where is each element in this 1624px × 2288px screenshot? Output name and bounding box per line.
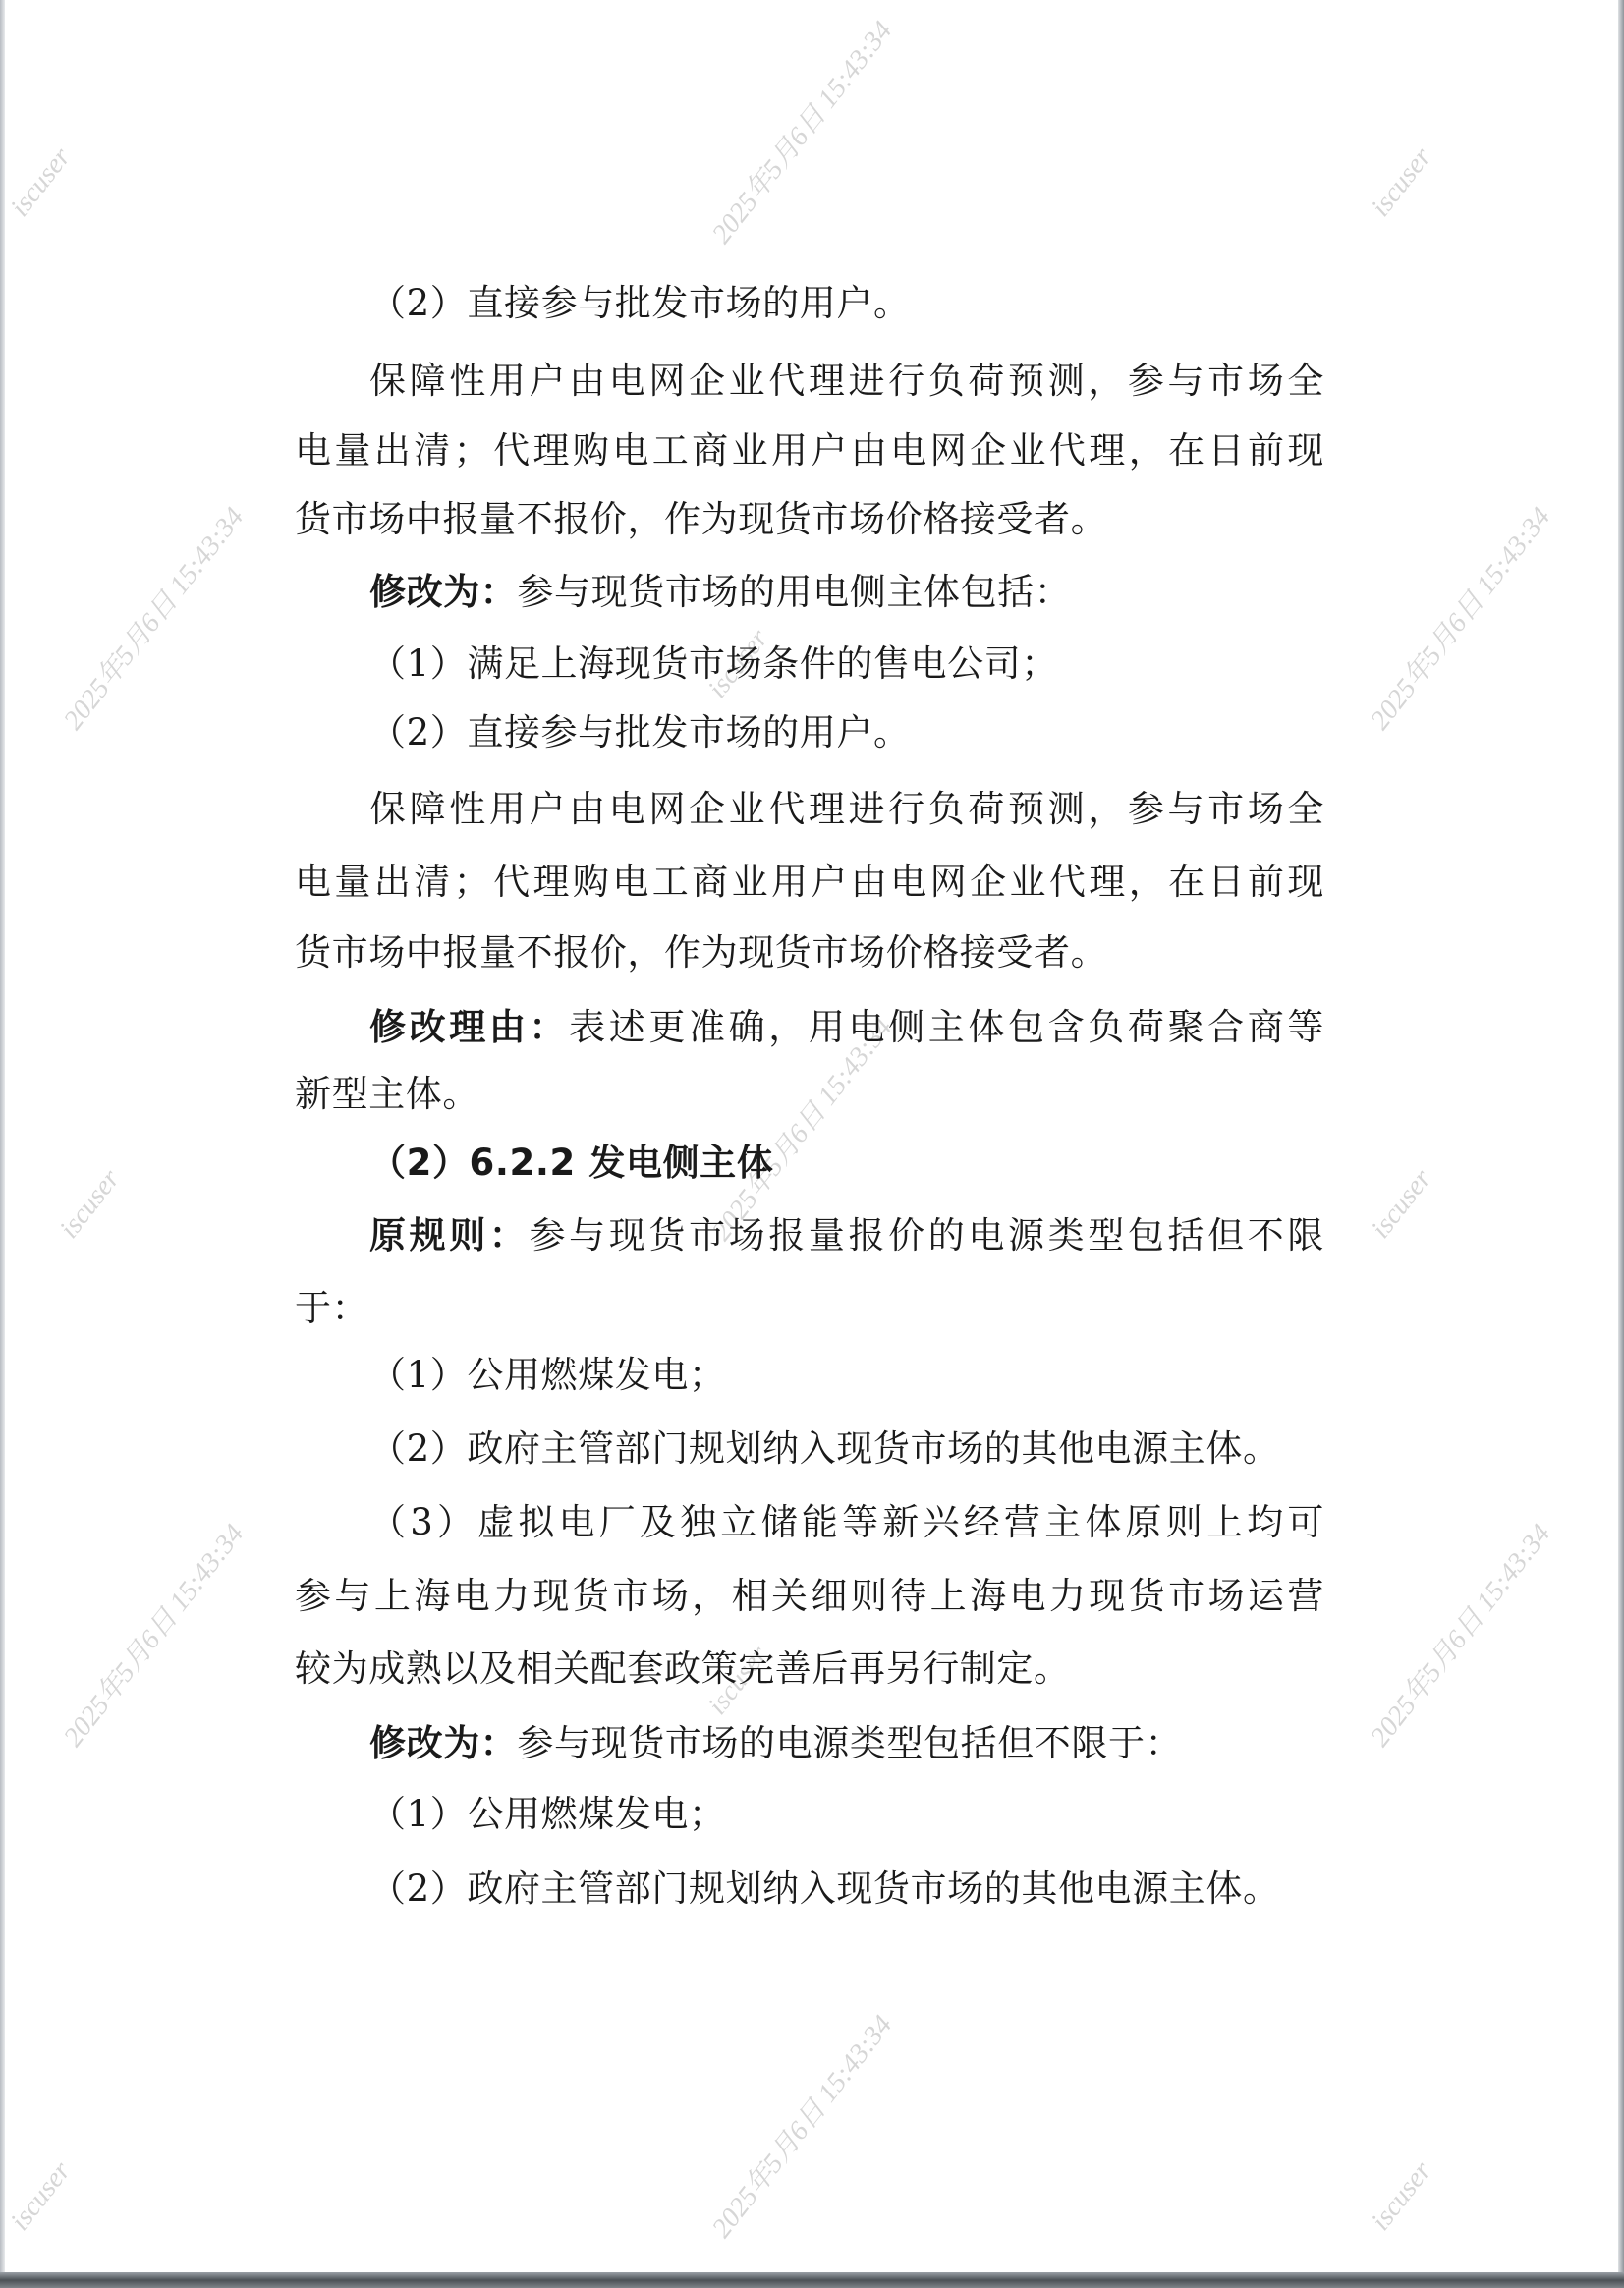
list-item: （2）政府主管部门规划纳入现货市场的其他电源主体。 [295,1853,1324,1925]
watermark-date: 2025年5月6日 15:43:34 [1359,498,1557,737]
paragraph-line: 货市场中报量不报价，作为现货市场价格接受者。 [295,483,1324,556]
scan-edge-right [1618,0,1624,2274]
paragraph-line: 于： [295,1272,1324,1345]
list-item: （2）直接参与批发市场的用户。 [295,267,1324,340]
watermark-date: 2025年5月6日 15:43:34 [700,12,899,251]
reason-line: 修改理由：表述更准确，用电侧主体包含负荷聚合商等 [295,991,1324,1064]
revised-label: 修改为： [369,1722,517,1764]
revised-text: 参与现货市场的用电侧主体包括： [517,571,1071,613]
revised-text: 参与现货市场的电源类型包括但不限于： [517,1722,1182,1764]
watermark-date: 2025年5月6日 15:43:34 [700,2006,899,2245]
original-rule-label: 原规则： [369,1214,530,1256]
watermark-user: iscuser [1366,2156,1438,2237]
revision-line: 修改为：参与现货市场的电源类型包括但不限于： [295,1707,1324,1780]
watermark-user: iscuser [5,142,78,223]
scan-edge-left [0,0,5,2274]
paragraph-line: 参与上海电力现货市场，相关细则待上海电力现货市场运营 [295,1560,1324,1633]
watermark-user: iscuser [5,2156,78,2237]
watermark-date: 2025年5月6日 15:43:34 [52,1515,251,1754]
paragraph-line: 保障性用户由电网企业代理进行负荷预测，参与市场全 [295,345,1324,418]
reason-label: 修改理由： [369,1006,569,1048]
list-item: （2）直接参与批发市场的用户。 [295,697,1324,769]
list-item: （1）公用燃煤发电； [295,1339,1324,1412]
revision-line: 修改为：参与现货市场的用电侧主体包括： [295,556,1324,629]
list-item: （3）虚拟电厂及独立储能等新兴经营主体原则上均可 [295,1486,1324,1559]
scan-edge-bottom [0,2272,1624,2288]
watermark-date: 2025年5月6日 15:43:34 [1359,1515,1557,1754]
watermark-user: iscuser [1366,1164,1438,1245]
paragraph-line: 电量出清；代理购电工商业用户由电网企业代理，在日前现 [295,415,1324,487]
paragraph-line: 保障性用户由电网企业代理进行负荷预测，参与市场全 [295,773,1324,846]
paragraph-line: 较为成熟以及相关配套政策完善后再另行制定。 [295,1633,1324,1705]
document-page: iscuser 2025年5月6日 15:43:34 iscuser 2025年… [0,0,1624,2274]
section-heading: （2）6.2.2 发电侧主体 [295,1127,1324,1200]
list-item: （2）政府主管部门规划纳入现货市场的其他电源主体。 [295,1413,1324,1485]
watermark-user: iscuser [54,1164,127,1245]
paragraph-line: 电量出清；代理购电工商业用户由电网企业代理，在日前现 [295,846,1324,919]
paragraph-line: 货市场中报量不报价，作为现货市场价格接受者。 [295,917,1324,989]
original-rule-text: 参与现货市场报量报价的电源类型包括但不限 [530,1214,1325,1256]
original-rule-line: 原规则：参与现货市场报量报价的电源类型包括但不限 [295,1200,1324,1272]
paragraph-line: 新型主体。 [295,1058,1324,1131]
revised-label: 修改为： [369,571,517,613]
list-item: （1）满足上海现货市场条件的售电公司； [295,628,1324,700]
watermark-date: 2025年5月6日 15:43:34 [52,498,251,737]
list-item: （1）公用燃煤发电； [295,1778,1324,1851]
reason-text: 表述更准确，用电侧主体包含负荷聚合商等 [569,1006,1324,1048]
watermark-user: iscuser [1366,142,1438,223]
